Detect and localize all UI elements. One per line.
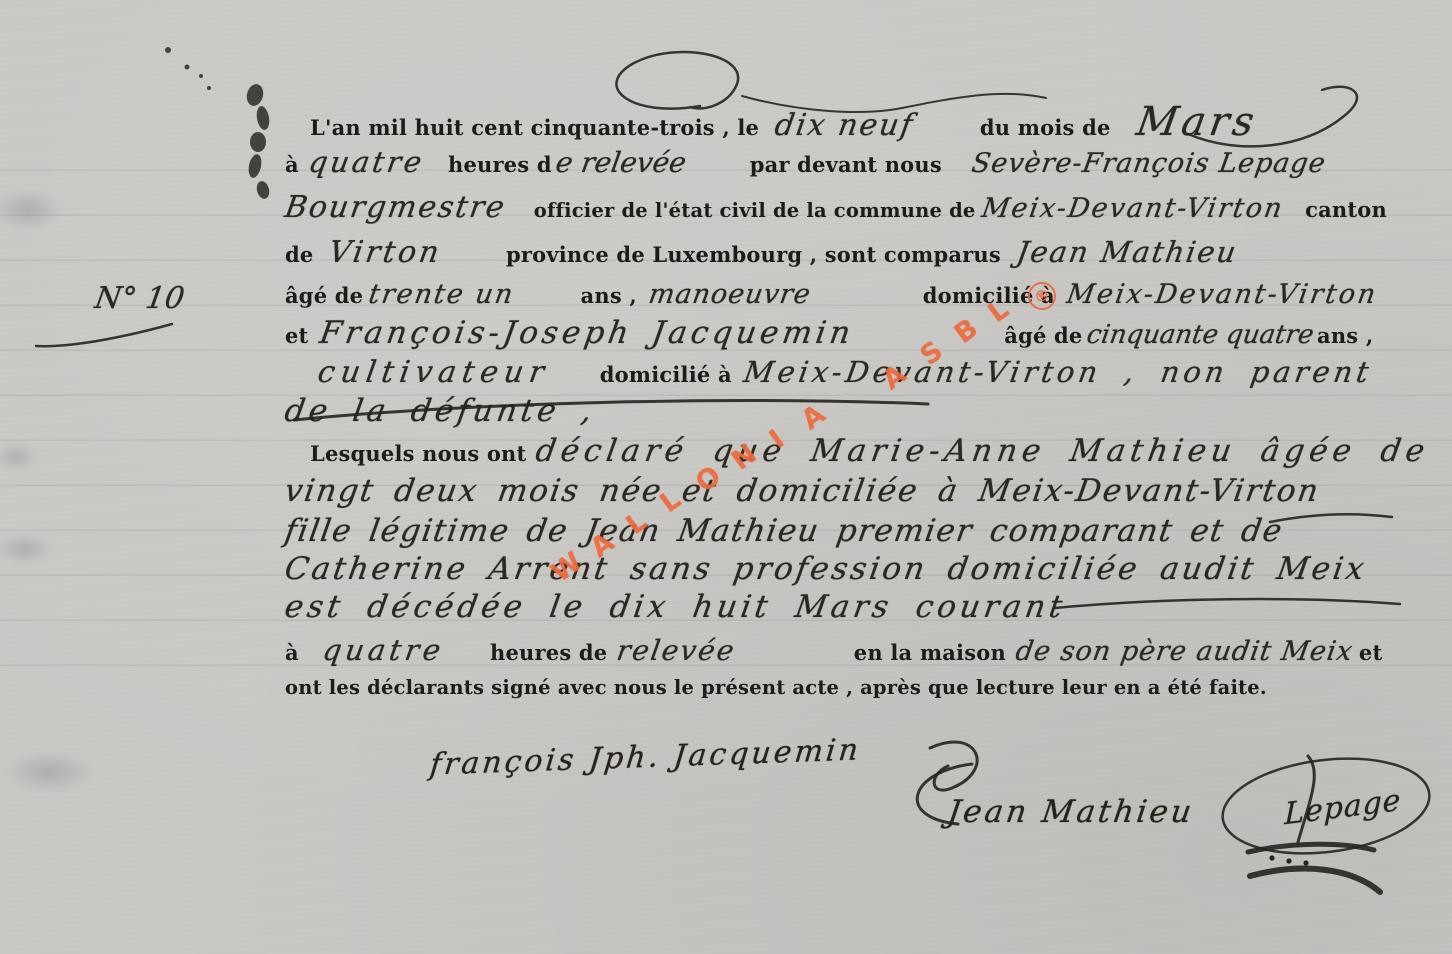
bleed-mark [4,752,94,792]
printed-closing-phrase: ont les déclarants signé avec nous le pr… [285,678,1267,698]
entry-deceased-age-line: vingt deux mois née et domiciliée à Meix… [283,476,1323,507]
printed-before-us: par devant nous [750,154,942,175]
entry-declarant1: Jean Mathieu [1015,238,1240,267]
printed-house: en la maison [854,642,1006,663]
printed-officer-phrase: officier de l'état civil de la commune d… [534,201,976,221]
watermark-letter: A [796,399,831,436]
bleed-mark [0,190,62,230]
entry-declarant2-occupation: cultivateur [316,358,552,388]
signature-declarant1: Jean Mathieu [945,794,1196,830]
printed-hours-de: heures de [490,642,607,663]
entry-commune: Meix-Devant-Virton [979,195,1285,222]
printed-lesquels: Lesquels nous ont [310,443,526,464]
entry-declarant1-residence: Meix-Devant-Virton [1065,281,1380,308]
printed-month-phrase: du mois de [980,117,1111,138]
filler-dash-line11 [1270,514,1392,522]
printed-and-suffix: et [1359,642,1382,663]
line-declaration: Lesquels nous ont déclaré que Marie-Anne… [310,436,1430,467]
printed-resident-2: domicilié à [600,364,732,385]
entry-officer-name: Sevère-François Lepage [970,150,1328,177]
printed-years: ans , [581,285,637,306]
printed-year-phrase: L'an mil huit cent cinquante-trois , le [310,117,759,138]
entry-canton: Virton [327,238,444,268]
bleed-mark [0,534,54,564]
flourish-day-loop [616,52,738,109]
signature-officer: Lepage [1284,783,1401,833]
printed-de: de [285,244,313,265]
entry-mother-line: Catherine Arrent sans profession domicil… [283,554,1369,585]
entry-death-hour-suffix: relevée [615,637,738,665]
line-death-hour-place: à quatre heures de relevée en la maison … [285,636,1382,665]
lepage-underline-1 [1248,844,1374,852]
entry-relation-note: de la défunte , [283,396,598,427]
line-declarant2: et François-Joseph Jacquemin âgé de cinq… [285,318,1373,349]
line-declarant1-details: âgé de trente un ans , manoeuvre domicil… [285,281,1377,308]
signature-declarant2: françois Jph. Jacquemin [428,732,862,782]
line-death: est décédée le dix huit Mars courant [285,592,1066,623]
line-commune: Bourgmestre officier de l'état civil de … [285,193,1387,223]
line-canton-declarant: de Virton province de Luxembourg , sont … [285,238,1237,268]
act-number-text: N° 10 [93,284,187,314]
line-filiation: fille légitime de Jean Mathieu premier c… [285,516,1283,547]
margin-act-number: N° 10 [95,284,184,314]
line-declarant2-details: cultivateur domicilié à Meix-Devant-Virt… [318,358,1372,388]
entry-death-hour: quatre [321,636,447,665]
ink-blot [165,47,271,200]
entry-declarant2: François-Joseph Jacquemin [318,318,857,349]
entry-hour: quatre [307,148,427,177]
entry-month: Mars [1133,102,1260,142]
death-record-scan: N° 10 L'an mil huit cent cinquante-trois… [0,0,1452,954]
lepage-underline-2 [1250,869,1380,892]
entry-declarant2-age: cinquante quatre [1084,322,1315,348]
entry-declaration: déclaré que Marie-Anne Mathieu âgée de [534,436,1432,467]
printed-and: et [285,325,308,346]
printed-at-2: à [285,642,299,663]
entry-declarant2-residence: Meix-Devant-Virton , non parent [741,358,1374,387]
printed-canton: canton [1305,199,1387,220]
bleed-mark [0,444,38,470]
entry-day: dix neuf [773,111,917,141]
printed-years-2: ans , [1317,325,1373,346]
entry-death-line: est décédée le dix huit Mars courant [283,592,1069,623]
entry-filiation-line: fille légitime de Jean Mathieu premier c… [283,516,1286,547]
margin-number-underline [36,324,172,346]
line-hour-officer: à quatre heures d e relevée par devant n… [285,148,1326,177]
filler-rule-line13 [1055,599,1400,608]
entry-death-place: de son père audit Meix [1014,638,1355,665]
line-mother: Catherine Arrent sans profession domicil… [285,554,1366,585]
line-deceased-age: vingt deux mois née et domiciliée à Meix… [285,476,1320,507]
entry-hour-suffix: e relevée [554,149,688,177]
printed-aged: âgé de [285,285,363,306]
line-date: L'an mil huit cent cinquante-trois , le … [310,102,1257,142]
printed-hours-d: heures d [448,154,552,175]
entry-declarant1-occupation: manoeuvre [647,281,813,308]
printed-at: à [285,154,299,175]
entry-officer-title: Bourgmestre [283,193,508,223]
printed-province-phrase: province de Luxembourg , sont comparus [506,244,1001,265]
jacquemin-paraph [930,742,977,790]
line-closing: ont les déclarants signé avec nous le pr… [285,678,1267,698]
printed-aged-2: âgé de [1004,325,1082,346]
entry-declarant1-age: trente un [367,281,517,308]
lepage-dots [1269,855,1308,865]
line-relation: de la défunte , [285,396,595,427]
